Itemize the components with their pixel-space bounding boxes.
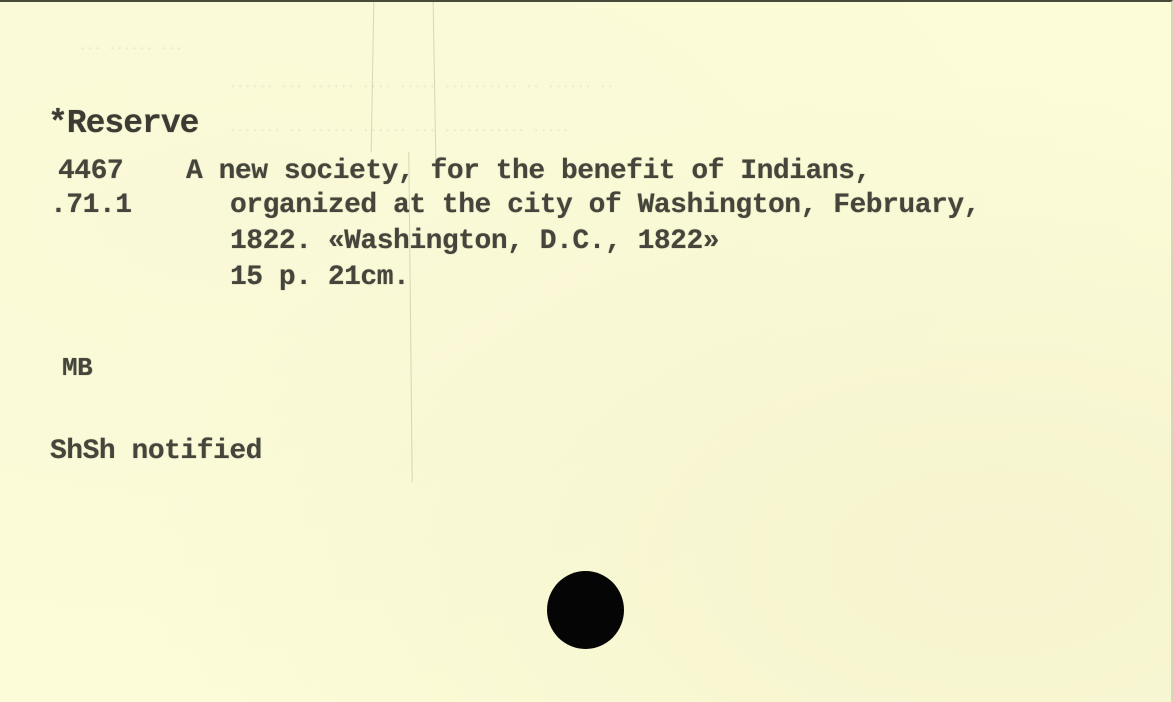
entry-imprint-line: 1822. «Washington, D.C., 1822»: [230, 228, 719, 256]
entry-title-line-2: organized at the city of Washington, Feb…: [230, 192, 980, 220]
call-number-line-2: .71.1: [50, 192, 132, 220]
bleed-through-text: ······· ·· ······ ······ ··· ···········…: [230, 126, 570, 136]
catalog-card: ··· ······ ··· ······ ··· ······ ···· ··…: [0, 0, 1173, 702]
bleed-through-text: ······ ··· ······ ···· ····· ·········· …: [230, 82, 615, 92]
notification-note: ShSh notified: [50, 438, 262, 466]
entry-title-line-1: A new society, for the benefit of Indian…: [186, 158, 871, 186]
location-label: *Reserve: [48, 110, 198, 138]
entry-collation-line: 15 p. 21cm.: [230, 264, 409, 292]
bleed-through-text: ··· ······ ···: [80, 44, 184, 54]
call-number-line-1: 4467: [58, 158, 123, 186]
punch-hole: [547, 571, 624, 649]
holding-library-code: MB: [62, 354, 92, 382]
